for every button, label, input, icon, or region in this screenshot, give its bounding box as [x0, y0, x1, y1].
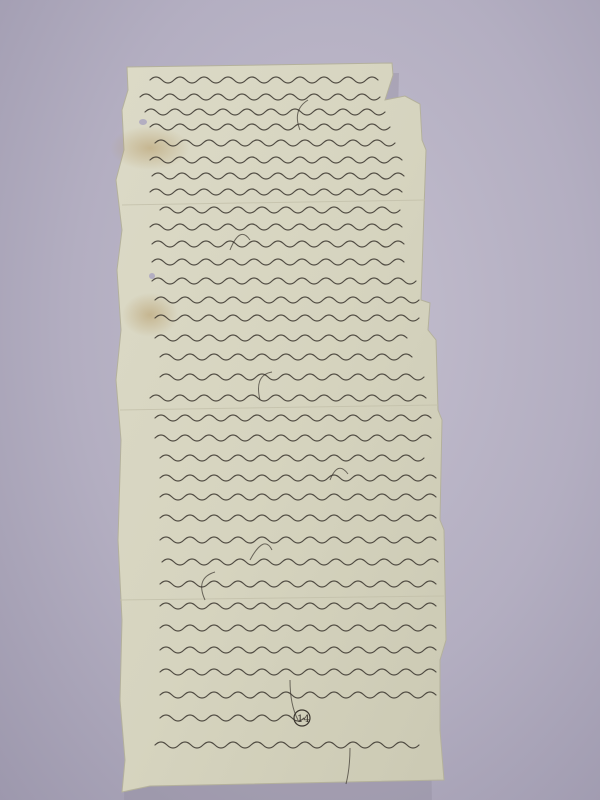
water-stain — [122, 293, 178, 337]
folio-number: 14 — [297, 714, 310, 725]
paper-sheet — [116, 63, 446, 792]
paper-hole — [149, 273, 155, 279]
paper-hole — [139, 119, 147, 125]
manuscript-sheet: 14 — [0, 0, 600, 800]
water-stain — [110, 126, 190, 170]
manuscript-photo: 14 Handwritten manuscript page on aged p… — [0, 0, 600, 800]
